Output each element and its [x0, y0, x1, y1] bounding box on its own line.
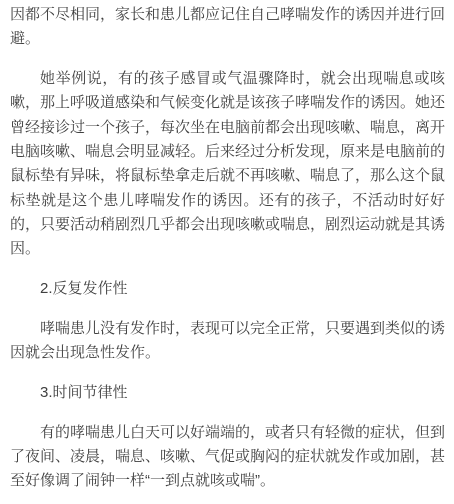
paragraph-trigger-examples: 她举例说，有的孩子感冒或气温骤降时，就会出现喘息或咳嗽，那上呼吸道感染和气候变化…: [10, 67, 445, 261]
article-body: 因都不尽相同，家长和患儿都应记住自己哮喘发作的诱因并进行回避。 她举例说，有的孩…: [0, 0, 454, 494]
paragraph-trigger-avoidance-continuation: 因都不尽相同，家长和患儿都应记住自己哮喘发作的诱因并进行回避。: [10, 3, 445, 52]
section-heading-recurrent-attacks: 2.反复发作性: [10, 277, 445, 301]
paragraph-recurrent-attacks: 哮喘患儿没有发作时，表现可以完全正常，只要遇到类似的诱因就会出现急性发作。: [10, 317, 445, 366]
paragraph-time-rhythm: 有的哮喘患儿白天可以好端端的，或者只有轻微的症状，但到了夜间、凌晨，喘息、咳嗽、…: [10, 421, 445, 494]
section-heading-time-rhythm: 3.时间节律性: [10, 381, 445, 405]
